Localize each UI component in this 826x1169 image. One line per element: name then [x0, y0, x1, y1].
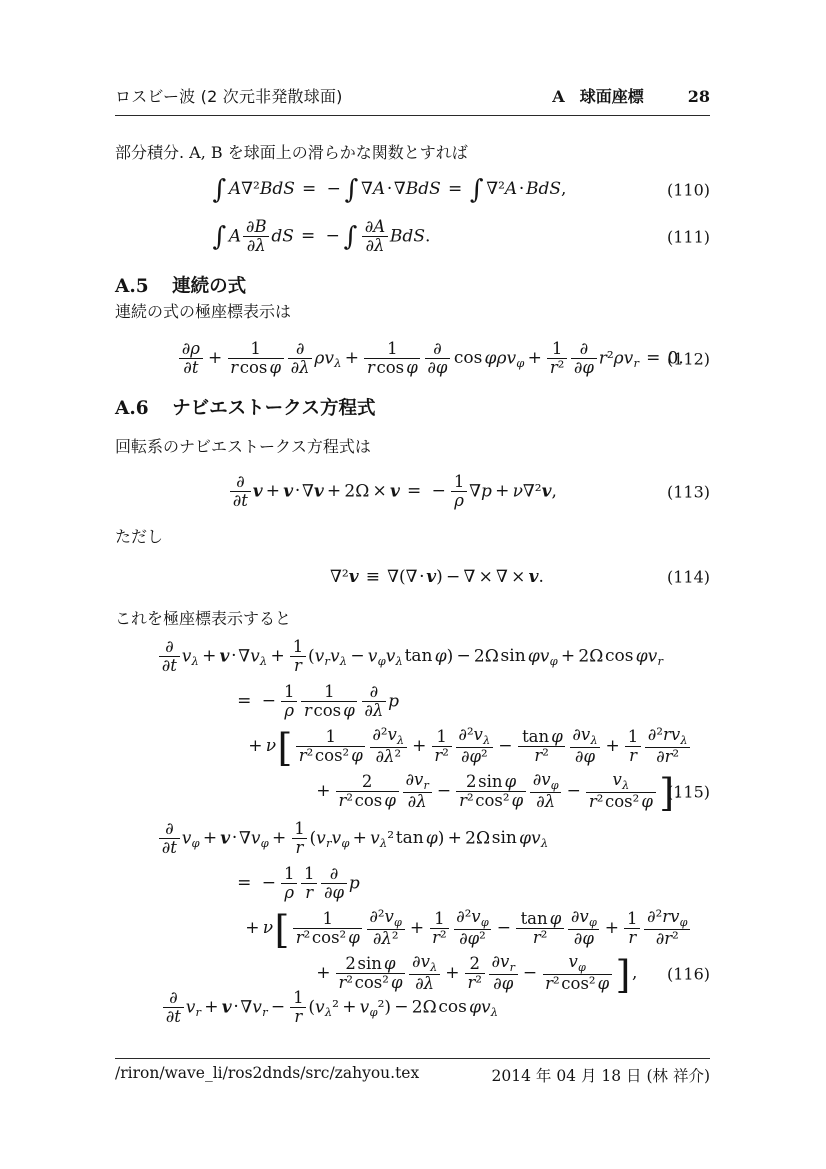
equation-113: ∂∂tv+v·∇v+2Ω×v=−1ρ∇p+ν∇²v,(113)	[115, 473, 710, 511]
equation-number: (110)	[667, 181, 710, 200]
equation-number: (116)	[667, 964, 710, 983]
paragraph-tadashi: ただし	[115, 526, 710, 548]
page-number: 28	[688, 87, 710, 106]
equation-line: ∇²v≡∇(∇·v)−∇×∇×v.(114)	[115, 566, 710, 588]
header-section-title: 球面座標	[580, 84, 644, 107]
page-header: ロスビー波 (2 次元非発散球面) A 球面座標 28	[115, 84, 710, 116]
footer-date-author: 2014 年 04 月 18 日 (林 祥介)	[492, 1064, 710, 1086]
footer-rule	[115, 1058, 710, 1059]
equation-116: ∂∂tvφ+v·∇vφ+1r(vrvφ+vλ²tanφ)+2Ωsinφvλ=−1…	[115, 816, 710, 996]
equation-line: +ν[1r²cos²φ∂²vλ∂λ²+1r²∂²vλ∂φ²−tanφr²∂vλ∂…	[115, 724, 710, 769]
math-expression: +2sinφr²cos²φ∂vλ∂λ+2r²∂vr∂φ−vφr²cos²φ],	[313, 953, 637, 994]
paragraph-polar-intro: これを極座標表示すると	[115, 608, 710, 630]
math-expression: ∂ρ∂t+1rcosφ∂∂λρvλ+1rcosφ∂∂φcosφρvφ+1r²∂∂…	[177, 340, 684, 378]
header-section-letter: A	[552, 87, 564, 106]
equation-line: ∂∂tvλ+v·∇vλ+1r(vrvλ−vφvλtanφ)−2Ωsinφvφ+2…	[115, 634, 710, 679]
math-expression: =−1ρ1rcosφ∂∂λp	[230, 683, 399, 721]
equation-line: ∂∂tvφ+v·∇vφ+1r(vrvφ+vλ²tanφ)+2Ωsinφvλ	[115, 816, 710, 861]
math-expression: =−1ρ1r∂∂φp	[230, 865, 360, 903]
paragraph-ns-intro: 回転系のナビエストークス方程式は	[115, 436, 710, 458]
footer-file-path: /riron/wave_li/ros2dnds/src/zahyou.tex	[115, 1064, 419, 1086]
section-number: A.5	[115, 276, 149, 297]
section-heading-a5: A.5 連続の式	[115, 272, 246, 298]
page-footer: /riron/wave_li/ros2dnds/src/zahyou.tex 2…	[115, 1064, 710, 1086]
math-expression: +ν[1r²cos²φ∂²vλ∂λ²+1r²∂²vλ∂φ²−tanφr²∂vλ∂…	[245, 726, 692, 767]
header-section-info: A 球面座標 28	[552, 84, 710, 107]
equation-line: ∂∂tv+v·∇v+2Ω×v=−1ρ∇p+ν∇²v,(113)	[115, 473, 710, 511]
equation-117-partial: ∂∂tvr+v·∇vr−1r(vλ²+vφ²)−2Ωcosφvλ	[115, 989, 710, 1027]
header-running-title: ロスビー波 (2 次元非発散球面)	[115, 84, 343, 107]
equation-line: ∂∂tvr+v·∇vr−1r(vλ²+vφ²)−2Ωcosφvλ	[115, 989, 710, 1027]
math-expression: ∂∂tvφ+v·∇vφ+1r(vrvφ+vλ²tanφ)+2Ωsinφvλ	[157, 820, 548, 858]
math-expression: ∫A∇²BdS=−∫∇A·∇BdS=∫∇²A·BdS,	[212, 178, 566, 202]
math-expression: ∂∂tv+v·∇v+2Ω×v=−1ρ∇p+ν∇²v,	[228, 473, 557, 511]
equation-number: (111)	[667, 227, 710, 246]
document-page: ロスビー波 (2 次元非発散球面) A 球面座標 28 部分積分. A, B を…	[0, 0, 826, 1169]
math-expression: +ν[1r²cos²φ∂²vφ∂λ²+1r²∂²vφ∂φ²−tanφr²∂vφ∂…	[242, 908, 692, 949]
section-number: A.6	[115, 398, 149, 419]
math-expression: ∂∂tvλ+v·∇vλ+1r(vrvλ−vφvλtanφ)−2Ωsinφvφ+2…	[157, 638, 663, 676]
equation-line: =−1ρ1rcosφ∂∂λp	[115, 679, 710, 724]
equation-line: ∫A∇²BdS=−∫∇A·∇BdS=∫∇²A·BdS,(110)	[115, 178, 710, 202]
equation-line: ∫A∂B∂λdS=−∫∂A∂λBdS.(111)	[115, 218, 710, 256]
section-title: 連続の式	[172, 276, 246, 297]
equation-number: (115)	[667, 782, 710, 801]
equation-number: (113)	[667, 482, 710, 501]
equation-115: ∂∂tvλ+v·∇vλ+1r(vrvλ−vφvλtanφ)−2Ωsinφvφ+2…	[115, 634, 710, 814]
math-expression: ∇²v≡∇(∇·v)−∇×∇×v.	[330, 566, 544, 588]
math-expression: ∂∂tvr+v·∇vr−1r(vλ²+vφ²)−2Ωcosφvλ	[161, 989, 498, 1027]
equation-110: ∫A∇²BdS=−∫∇A·∇BdS=∫∇²A·BdS,(110)	[115, 178, 710, 202]
equation-line: =−1ρ1r∂∂φp	[115, 861, 710, 906]
equation-line: +2r²cosφ∂vr∂λ−2sinφr²cos²φ∂vφ∂λ−vλr²cos²…	[115, 769, 710, 814]
math-expression: ∫A∂B∂λdS=−∫∂A∂λBdS.	[212, 218, 430, 256]
equation-112: ∂ρ∂t+1rcosφ∂∂λρvλ+1rcosφ∂∂φcosφρvφ+1r²∂∂…	[115, 340, 710, 378]
paragraph-partial-integration: 部分積分. A, B を球面上の滑らかな関数とすれば	[115, 142, 710, 164]
equation-114: ∇²v≡∇(∇·v)−∇×∇×v.(114)	[115, 566, 710, 588]
equation-line: +ν[1r²cos²φ∂²vφ∂λ²+1r²∂²vφ∂φ²−tanφr²∂vφ∂…	[115, 906, 710, 951]
section-heading-a6: A.6 ナビエストークス方程式	[115, 394, 375, 420]
paragraph-continuity-intro: 連続の式の極座標表示は	[115, 301, 710, 323]
math-expression: +2r²cosφ∂vr∂λ−2sinφr²cos²φ∂vφ∂λ−vλr²cos²…	[313, 771, 681, 812]
equation-111: ∫A∂B∂λdS=−∫∂A∂λBdS.(111)	[115, 218, 710, 256]
section-title: ナビエストークス方程式	[172, 398, 375, 419]
equation-number: (112)	[667, 349, 710, 368]
equation-line: ∂ρ∂t+1rcosφ∂∂λρvλ+1rcosφ∂∂φcosφρvφ+1r²∂∂…	[115, 340, 710, 378]
equation-number: (114)	[667, 568, 710, 587]
